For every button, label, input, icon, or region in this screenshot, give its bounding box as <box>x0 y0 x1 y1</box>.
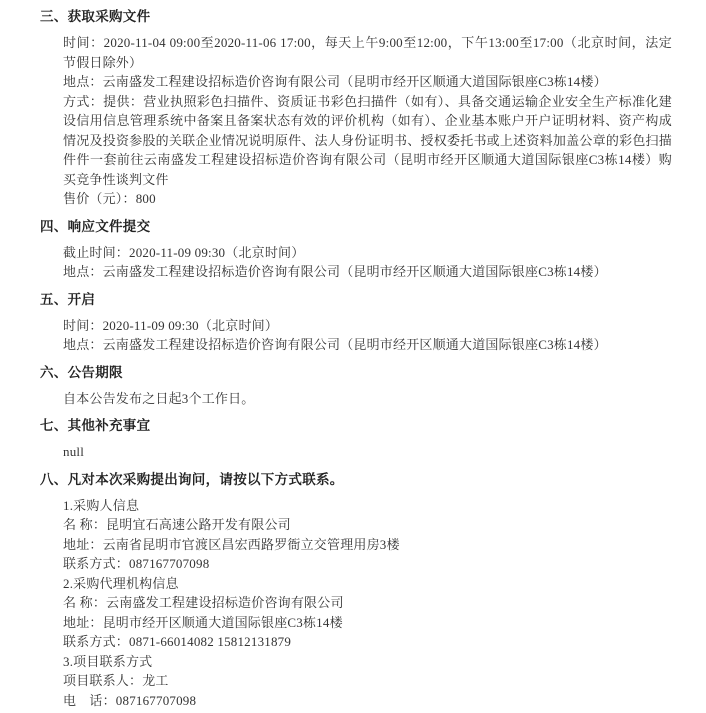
section-8-inquiry-contact-info: 八、凡对本次采购提出询问，请按以下方式联系。1.采购人信息名 称：昆明宜石高速公… <box>40 471 672 711</box>
paragraph-line: 地点：云南盛发工程建设招标造价咨询有限公司（昆明市经开区顺通大道国际银座C3栋1… <box>63 335 672 355</box>
paragraph-line: 地点：云南盛发工程建设招标造价咨询有限公司（昆明市经开区顺通大道国际银座C3栋1… <box>63 262 672 282</box>
paragraph-line: 项目联系人：龙工 <box>63 671 672 691</box>
paragraph-line: 截止时间：2020-11-09 09:30（北京时间） <box>63 243 672 263</box>
paragraph-line: 时间：2020-11-09 09:30（北京时间） <box>63 316 672 336</box>
paragraph-line: 2.采购代理机构信息 <box>63 574 672 594</box>
paragraph-line: 时间：2020-11-04 09:00至2020-11-06 17:00，每天上… <box>63 33 672 72</box>
section-body: 时间：2020-11-04 09:00至2020-11-06 17:00，每天上… <box>40 33 672 209</box>
paragraph-line: 售价（元）：800 <box>63 189 672 209</box>
paragraph-line: 地址：昆明市经开区顺通大道国际银座C3栋14楼 <box>63 613 672 633</box>
section-body: 1.采购人信息名 称：昆明宜石高速公路开发有限公司地址：云南省昆明市官渡区昌宏西… <box>40 496 672 711</box>
section-body: 自本公告发布之日起3个工作日。 <box>40 389 672 409</box>
section-heading: 四、响应文件提交 <box>40 218 672 236</box>
paragraph-line: 地址：云南省昆明市官渡区昌宏西路罗衙立交管理用房3楼 <box>63 535 672 555</box>
paragraph-line: 自本公告发布之日起3个工作日。 <box>63 389 672 409</box>
section-body: 时间：2020-11-09 09:30（北京时间）地点：云南盛发工程建设招标造价… <box>40 316 672 355</box>
paragraph-line: 名 称：昆明宜石高速公路开发有限公司 <box>63 515 672 535</box>
section-heading: 六、公告期限 <box>40 364 672 382</box>
paragraph-line: null <box>63 442 672 462</box>
procurement-notice-document: 三、获取采购文件时间：2020-11-04 09:00至2020-11-06 1… <box>0 0 706 710</box>
paragraph-line: 3.项目联系方式 <box>63 652 672 672</box>
paragraph-line: 电 话：087167707098 <box>63 691 672 711</box>
section-5-opening: 五、开启时间：2020-11-09 09:30（北京时间）地点：云南盛发工程建设… <box>40 291 672 355</box>
section-heading: 五、开启 <box>40 291 672 309</box>
section-heading: 七、其他补充事宜 <box>40 417 672 435</box>
section-6-announcement-period: 六、公告期限自本公告发布之日起3个工作日。 <box>40 364 672 409</box>
paragraph-line: 方式：提供：营业执照彩色扫描件、资质证书彩色扫描件（如有）、具备交通运输企业安全… <box>63 92 672 190</box>
paragraph-line: 联系方式：087167707098 <box>63 554 672 574</box>
section-3-obtain-procurement-documents: 三、获取采购文件时间：2020-11-04 09:00至2020-11-06 1… <box>40 8 672 209</box>
section-4-response-document-submission: 四、响应文件提交截止时间：2020-11-09 09:30（北京时间）地点：云南… <box>40 218 672 282</box>
paragraph-line: 名 称：云南盛发工程建设招标造价咨询有限公司 <box>63 593 672 613</box>
paragraph-line: 1.采购人信息 <box>63 496 672 516</box>
section-body: 截止时间：2020-11-09 09:30（北京时间）地点：云南盛发工程建设招标… <box>40 243 672 282</box>
section-body: null <box>40 442 672 462</box>
section-7-other-supplementary-matters: 七、其他补充事宜null <box>40 417 672 462</box>
section-heading: 三、获取采购文件 <box>40 8 672 26</box>
section-heading: 八、凡对本次采购提出询问，请按以下方式联系。 <box>40 471 672 489</box>
paragraph-line: 地点：云南盛发工程建设招标造价咨询有限公司（昆明市经开区顺通大道国际银座C3栋1… <box>63 72 672 92</box>
paragraph-line: 联系方式：0871-66014082 15812131879 <box>63 632 672 652</box>
